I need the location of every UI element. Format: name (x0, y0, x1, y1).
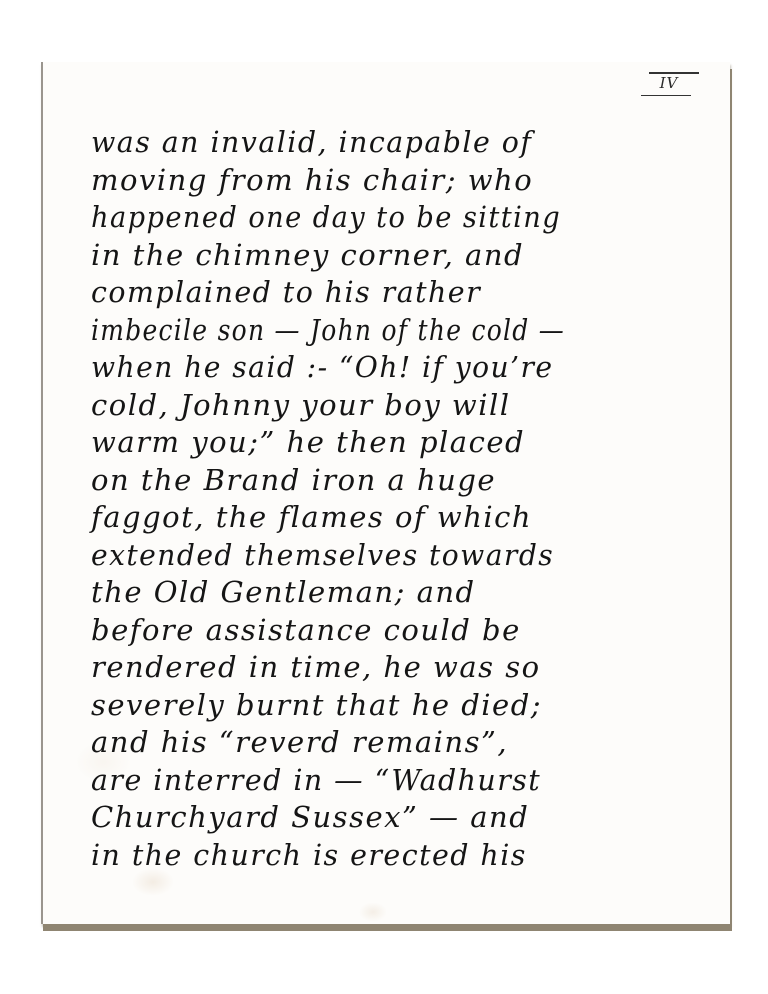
text-line: severely burnt that he died; (91, 687, 711, 725)
text-line: complained to his rather (91, 274, 699, 312)
handwritten-text-block: was an invalid, incapable of moving from… (91, 124, 711, 874)
text-line: extended themselves towards (91, 537, 692, 575)
text-line: and his “reverd remains”, (91, 724, 711, 762)
text-line: happened one day to be sitting (91, 199, 674, 237)
text-line: Churchyard Sussex” — and (91, 799, 711, 837)
manuscript-page: IV was an invalid, incapable of moving f… (41, 62, 730, 924)
text-line: warm you;” he then placed (91, 424, 711, 462)
page-number: IV (643, 74, 695, 92)
text-line: was an invalid, incapable of (91, 124, 699, 162)
text-line: before assistance could be (91, 612, 711, 650)
text-line: cold, Johnny your boy will (91, 387, 711, 425)
text-line: are interred in — “Wadhurst (91, 762, 699, 800)
text-line: the Old Gentleman; and (91, 574, 711, 612)
text-line: rendered in time, he was so (91, 649, 711, 687)
text-line: faggot, the flames of which (91, 499, 711, 537)
text-line: on the Brand iron a huge (91, 462, 711, 500)
text-line: when he said :- “Oh! if you’re (91, 349, 692, 387)
text-line: in the church is erected his (91, 837, 699, 875)
text-line: imbecile son — John of the cold — (91, 312, 624, 350)
text-line: moving from his chair; who (91, 162, 711, 200)
text-line: in the chimney corner, and (91, 237, 711, 275)
